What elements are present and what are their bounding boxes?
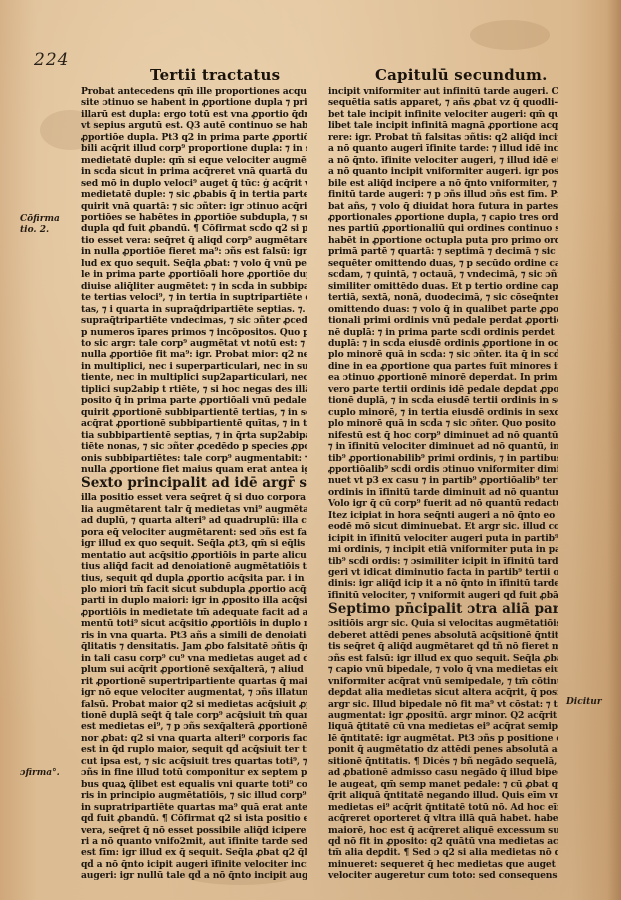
text-line: ea ɔtinuo ꝓportionē minorē deperdat. In … — [328, 372, 558, 383]
text-line: parti in duplo maiori: igr in ꝓposito il… — [81, 595, 307, 606]
text-line: nē duplā: ⁊ in prima parte scd̄i ordinis… — [328, 327, 558, 338]
text-line: tius aliq̄d facit ad denoiationē augmēta… — [81, 561, 307, 572]
text-line: deꝑdat alia medietas sicut altera acq̄ri… — [328, 687, 558, 698]
text-line: plo minorē quā in scd̄a ⁊ sic ɔñter. Quo… — [328, 418, 558, 429]
text-line: bet tale incipit infinite velociter auge… — [328, 109, 558, 120]
text-line: lē q̄ntitatē: igr augmētat. Pt3 ɔñs p po… — [328, 733, 558, 744]
text-line: in nulla ꝓportiōe fieret ma⁹: ɔñs est fa… — [81, 246, 307, 257]
text-line: ꝓportiōis in medietate tm̄ adequate faci… — [81, 607, 307, 618]
text-line: plo miori tm̄ facit sicut subdupla ꝓport… — [81, 584, 307, 595]
text-line: maiorē, hoc est q̄ acq̄reret aliquē exce… — [328, 825, 558, 836]
text-line: sitionē q̄ntitatis. ¶ Dicės ⁊ bñ negādo … — [328, 756, 558, 767]
text-line: q̄rit aliquā q̄ntitatē negando illud. Qu… — [328, 790, 558, 801]
text-line: bili acq̄rit illud corp⁹ proportione dup… — [81, 143, 307, 154]
running-head-right: Capitulū secundum. — [375, 66, 548, 84]
text-line: ordinis in īfinitū tarde diminuit ad nō … — [328, 487, 558, 498]
text-line: tertiā, sextā, nonā, duodecimā, ⁊ sic cō… — [328, 292, 558, 303]
text-line: vero parte tertii ordinis idē pedale deꝑ… — [328, 384, 558, 395]
text-line: sequētia satis apparet, ⁊ añs ꝓbat vz q̄… — [328, 97, 558, 108]
text-line: bus quaꝝ q̄libet est equalis vni quarte … — [81, 779, 307, 790]
text-line: deberet attēdi penes absolutā acq̄sition… — [328, 630, 558, 641]
text-line: bat añs, ⁊ volo q̄ diuidat hora futura i… — [328, 201, 558, 212]
text-line: lud ex quo sequit. Seq̄la ꝓbat: ⁊ volo q… — [81, 258, 307, 269]
text-line: illarū est dupla: ergo totū est vna ꝓpor… — [81, 109, 307, 120]
text-line: qd̄ fuit ꝓbandū. ¶ Cōfirmat q2 si ista p… — [81, 813, 307, 824]
text-line: eodē mō sicut diminuebat. Et argr sic. i… — [328, 521, 558, 532]
text-line: velociter augeretur cum toto: sed conseq… — [328, 870, 558, 881]
text-line: nulla ꝓportione fiet maius quam erat ant… — [81, 464, 307, 475]
text-line: acq̄rat ꝓportionē subbipartientē quītas,… — [81, 418, 307, 429]
text-line: cut ipsa est, ⁊ sic acq̄siuit tres quart… — [81, 756, 307, 767]
text-line: igr nō eque velociter augmentat, ⁊ ɔñs i… — [81, 687, 307, 698]
text-line: mi ordinis, ⁊ incipit etiā vniformiter p… — [328, 544, 558, 555]
text-line: finitū tarde augeri: ⁊ p ɔñs illud ɔñs e… — [328, 189, 558, 200]
text-line: augmentat: igr ꝓpositū. argr minor. Q2 a… — [328, 710, 558, 721]
text-line: vniformiter acq̄rat vnū semipedale, ⁊ tm… — [328, 676, 558, 687]
text-line: ꝓportionales ꝓportione dupla, ⁊ capio tr… — [328, 212, 558, 223]
page-edge-shadow — [607, 0, 621, 900]
margin-note-confirmatio: Cōfirma tio. 2. — [20, 214, 70, 236]
text-line: posito q̄ in prima parte ꝓportiōali vnū … — [81, 395, 307, 406]
text-line: medietatē duple: ⁊ sic ꝓbabis q̄ in tert… — [81, 189, 307, 200]
text-line: primā partē ⁊ quartā: ⁊ septimā ⁊ decimā… — [328, 246, 558, 257]
text-line: Probat antecedens qm̄ ille proportiones … — [81, 86, 307, 97]
text-line: in scd̄a sicut in prima acq̄reret vnā qu… — [81, 166, 307, 177]
text-line: quirit ꝓportionē subbipartientē tertias,… — [81, 407, 307, 418]
paragraph-left-b: illa positio esset vera seq̄ret q̄ si du… — [81, 492, 307, 881]
text-line: īfinitū velociter, ⁊ vniformit augeri qd… — [328, 590, 558, 601]
text-line: tis seq̄ret q̄ aliq̄d augmētaret qd̄ tñ … — [328, 641, 558, 652]
text-line: vt sepius argutū est. Q3 autē continuo s… — [81, 120, 307, 131]
text-line: a nō quanto incipit vniformiter augeri. … — [328, 166, 558, 177]
text-line: acq̄reret oporteret q̄ vltra illā quā ha… — [328, 813, 558, 824]
text-line: tas, ⁊ i quarta in supraq̄dripartiēte se… — [81, 304, 307, 315]
text-line: tia subbipartientē septias, ⁊ in q̄rta s… — [81, 430, 307, 441]
text-line: to sic argr: tale corp⁹ augmētat vt notū… — [81, 338, 307, 349]
text-line: ris in vna quarta. Pt3 añs a simili de d… — [81, 630, 307, 641]
text-line: icipit in īfinitū velociter augeri puta … — [328, 533, 558, 544]
text-line: le in prima parte ꝓportiōali hore ꝓporti… — [81, 269, 307, 280]
text-line: tius, sequit qd̄ dupla ꝓportio acq̄sita … — [81, 573, 307, 584]
text-line: q̄litatis ⁊ densitatis. Jam ꝓbo falsitat… — [81, 641, 307, 652]
text-line: geri vt idicat diminutio facta in partib… — [328, 567, 558, 578]
text-column-left: Probat antecedens qm̄ ille proportiones … — [81, 86, 307, 882]
text-line: bile est aliq̄d incipere a nō q̄nto vnif… — [328, 178, 558, 189]
text-line: libet tale incipit infinitā magnā ꝓporti… — [328, 120, 558, 131]
text-line: qd̄ a nō q̄nto icipit augeri īfinite vel… — [81, 859, 307, 870]
section-heading-sexto: Sexto principalit ad idē argr̄ sic. Si — [81, 475, 307, 492]
text-line: quirit vnā quartā: ⁊ sic ɔñter: igr ɔtin… — [81, 201, 307, 212]
text-line: incipit vniformiter aut infinitū tarde a… — [328, 86, 558, 97]
text-line: sed mō in duplo veloci⁹ augeṫ q̄ tūc: ġ … — [81, 178, 307, 189]
text-line: ponit q̄ augmētatio dz attēdi penes abso… — [328, 744, 558, 755]
text-line: in supratripartiēte quartas ma⁹ quā erat… — [81, 802, 307, 813]
text-line: in multiplici, nec i superparticulari, n… — [81, 361, 307, 372]
text-line: tib⁹ scd̄i ordis: ⁊ ɔsimiliter icipit in… — [328, 556, 558, 567]
text-line: ɔñs in fine illud totū componitur ex sep… — [81, 767, 307, 778]
text-line: duplā: ⁊ in scd̄a eiusdē ordinis ꝓportio… — [328, 338, 558, 349]
text-line: site ɔtinuo se habent in ꝓportione dupla… — [81, 97, 307, 108]
text-line: vera, seq̄ret q̄ nō esset possibile aliq… — [81, 825, 307, 836]
text-line: ris in principio augmētatiōis, ⁊ sic ill… — [81, 790, 307, 801]
paragraph-left-a: Probat antecedens qm̄ ille proportiones … — [81, 86, 307, 475]
margin-note-confirmatio-lower: ɔfirma°. — [20, 768, 60, 779]
paragraph-right-a: incipit vniformiter aut infinitū tarde a… — [328, 86, 558, 601]
text-line: ⁊ in īfinitū velociter diminueṫ ad nō qu… — [328, 441, 558, 452]
section-heading-septimo: Septimo pn̄cipalit ɔtra aliā parte — [328, 601, 558, 618]
text-line: mentū toti⁹ sicut acq̄sitio ꝓportiōis in… — [81, 618, 307, 629]
text-line: sequēter omittendo duas, ⁊ p secūdo ordi… — [328, 258, 558, 269]
text-line: medietatē duple: qm̄ si eque velociter a… — [81, 155, 307, 166]
page-scan: 224 Tertii tractatus Capitulū secundum. … — [0, 0, 621, 900]
text-line: tib⁹ ꝓportionabilib⁹ primi ordinis, ⁊ in… — [328, 453, 558, 464]
text-line: dupla qd̄ fuit ꝓbandū. ¶ Cōfirmat scd̄o … — [81, 223, 307, 234]
text-line: omittendo duas: ⁊ volo q̄ in qualibet pa… — [328, 304, 558, 315]
text-line: similiter omittēdo duas. Et p tertio ord… — [328, 281, 558, 292]
text-line: p numeros īpares primos ⁊ incōpositos. Q… — [81, 327, 307, 338]
running-head-left: Tertii tractatus — [150, 66, 280, 84]
paragraph-right-b: ɔsitiōis argr sic. Quia si velocitas aug… — [328, 618, 558, 881]
paper-stain — [470, 20, 550, 50]
text-line: ad duplū, ⁊ quarta alteri⁹ ad quadruplū:… — [81, 515, 307, 526]
text-line: tionali primi ordinis vnū pedale perdat … — [328, 315, 558, 326]
text-line: in tali casu corp⁹ cu⁹ vna medietas auge… — [81, 653, 307, 664]
text-line: nor ꝓbat: q2 si vna quarta alteri⁹ corpo… — [81, 733, 307, 744]
text-column-right: incipit vniformiter aut infinitū tarde a… — [328, 86, 558, 882]
text-line: cuplo minorē, ⁊ in tertia eiusdē ordinis… — [328, 407, 558, 418]
text-line: ꝓportiōe dupla. Pt3 q2 in prima parte ꝓp… — [81, 132, 307, 143]
text-line: est medietas ei⁹, ⁊ p ɔñs sexq̄alterā ꝓp… — [81, 721, 307, 732]
text-line: plo minorē quā in scd̄a: ⁊ sic ɔñter. it… — [328, 349, 558, 360]
text-line: augeri: igr nullū tale qd̄ a nō q̄nto in… — [81, 870, 307, 881]
text-line: habēt in ꝓportione octupla puta pro prim… — [328, 235, 558, 246]
text-line: tionē duplā, ⁊ in scd̄a eiusdē tertii or… — [328, 395, 558, 406]
text-line: nes partiū ꝓportionaliū qui ordines cont… — [328, 223, 558, 234]
text-line: nulla ꝓportiōe fit ma⁹: igr. Probat mior… — [81, 349, 307, 360]
text-line: rere: igr. Probat tñ falsitas ɔñtis: q2 … — [328, 132, 558, 143]
text-line: portiōes se habētes in ꝓportiōe subdupla… — [81, 212, 307, 223]
text-line: minueret: sequeret q̄ hec medietas que a… — [328, 859, 558, 870]
text-line: tiente, nec in multiplici sup2aparticula… — [81, 372, 307, 383]
text-line: mentatio aut acq̄sitio ꝓportiōis in part… — [81, 550, 307, 561]
text-line: diuise aliq̄liter augmēteṫ: ⁊ in scd̄a i… — [81, 281, 307, 292]
text-line: qd̄ nō fit in ꝓposito: q2 quātū vna medi… — [328, 836, 558, 847]
text-line: plum sui acq̄rit ꝓportionē sexq̄alterā, … — [81, 664, 307, 675]
text-line: Volo igr q̄ cū corp⁹ fuerit ad nō quantū… — [328, 498, 558, 509]
text-line: supraq̄tripartiēte vndecimas, ⁊ sic ɔñte… — [81, 315, 307, 326]
text-line: dine in ea ꝓportione qua partes fuīt min… — [328, 361, 558, 372]
text-line: scd̄am, ⁊ quintā, ⁊ octauā, ⁊ vndecimā, … — [328, 269, 558, 280]
text-line: a nō q̄nto. īfinite velociter augeri, ⁊ … — [328, 155, 558, 166]
text-line: tiēte nonas, ⁊ sic ɔñter ꝓcedēdo p speci… — [81, 441, 307, 452]
text-line: pora eq̄ velociter augmētarent: sed ɔñs … — [81, 527, 307, 538]
text-line: te tertias veloci⁹, ⁊ in tertia in suptr… — [81, 292, 307, 303]
text-line: rit ꝓportionē supertripartiente quartas … — [81, 676, 307, 687]
text-line: ɔsitiōis argr sic. Quia si velocitas aug… — [328, 618, 558, 629]
text-line: falsū. Probat maior q2 si medietas acq̄s… — [81, 699, 307, 710]
text-line: ⁊ capio vnū bipedale, ⁊ volo q̄ vna medi… — [328, 664, 558, 675]
text-line: ad ꝓbationē admisso casu negādo q̄ illud… — [328, 767, 558, 778]
folio-number: 224 — [34, 50, 69, 70]
text-line: tm̄ alia deꝑdit. ¶ Sed ɔ q2 si alia medi… — [328, 847, 558, 858]
text-line: a nō quanto augeri īfinite tarde: ⁊ illu… — [328, 143, 558, 154]
text-line: illa positio esset vera seq̄ret q̄ si du… — [81, 492, 307, 503]
text-line: nifestū est q̄ hoc corp⁹ diminueṫ ad nō … — [328, 430, 558, 441]
text-line: medietas ei⁹ acq̄rit q̄ntitatē totū nō. … — [328, 802, 558, 813]
text-line: tiplici sup2abip t rtiēte, ⁊ si hoc nega… — [81, 384, 307, 395]
text-line: dinis: igr aliq̄d icip it a nō q̄nto in … — [328, 578, 558, 589]
text-line: Itez icipiat in hora seq̄nti augeri a nō… — [328, 510, 558, 521]
text-line: igr illud ex quo sequit. Seq̄la ꝓt3, qm̄… — [81, 538, 307, 549]
text-line: tionē duplā seq̄t q̄ tale corp⁹ acq̄siui… — [81, 710, 307, 721]
text-line: lia augmētarent talr q̄ medietas vni⁹ au… — [81, 504, 307, 515]
text-line: est in q̄d ruplo maior, sequit qd̄ acq̄s… — [81, 744, 307, 755]
text-line: est fīm: igr illud ex q̄ sequit. Seq̄la … — [81, 847, 307, 858]
text-line: nueṫ vt p3 ex casu ⁊ in partib⁹ ꝓportiōa… — [328, 475, 558, 486]
text-line: tio esset vera: seq̄ret q̄ aliqd̄ corp⁹ … — [81, 235, 307, 246]
text-line: argr sic. Illud bipedale nō fit ma⁹ vt c… — [328, 699, 558, 710]
text-line: le augeat, qm̄ semp manet pedale: ⁊ cū ꝓ… — [328, 779, 558, 790]
text-line: ɔñs est falsū: igr illud ex quo sequit. … — [328, 653, 558, 664]
text-line: ri a nō quanto vnifo2mit, aut īfinite ta… — [81, 836, 307, 847]
text-line: liquā q̄titatē cū vna medietas ei⁹ acq̄r… — [328, 721, 558, 732]
margin-note-dicitur: Dicitur — [566, 697, 602, 708]
text-line: ꝓportiōalib⁹ scd̄i ordis ɔtinuo vniformi… — [328, 464, 558, 475]
text-line: onis subbipartiētes: tale corp⁹ augmenta… — [81, 453, 307, 464]
